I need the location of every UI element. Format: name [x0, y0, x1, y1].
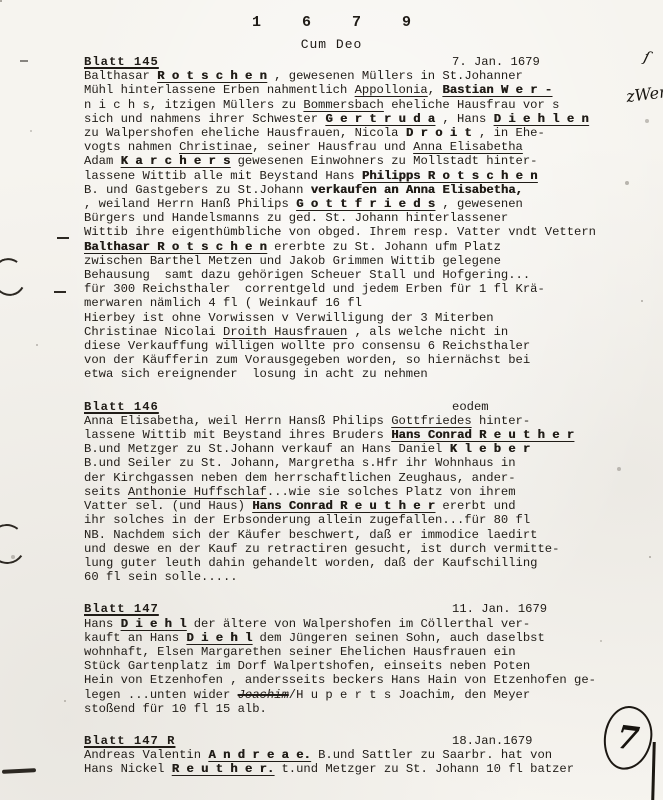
section-heading-row: Blatt 147 R18.Jan.1679 — [84, 734, 650, 748]
body-text: B.und Metzger zu St.Johann verkauf an Ha… — [84, 442, 450, 456]
body-text: t.und Metzger zu St. Johann 10 fl batzer — [274, 762, 574, 776]
text-line: , weiland Herrn Hanß Philips G o t t f r… — [84, 197, 650, 211]
text-line: lassene Wittib alle mit Beystand Hans Ph… — [84, 169, 650, 183]
emphasized-name-text: Droith Hausfrauen — [223, 325, 347, 339]
body-text: der ältere von Walpershofen im Cöllertha… — [186, 617, 530, 631]
body-text: B. und Gastgebers zu St.Johann — [84, 183, 311, 197]
text-line: und deswe en der Kauf zu retractiren ges… — [84, 542, 650, 556]
text-line: seits Anthonie Huffschlaf...wie sie solc… — [84, 485, 650, 499]
emphasized-name-text: Appollonia — [355, 83, 428, 97]
body-text: diese Verkauffung willigen wollte pro co… — [84, 339, 530, 353]
body-text: /H u p e r t s Joachim, den Meyer — [289, 688, 530, 702]
text-line: Vatter sel. (und Haus) Hans Conrad R e u… — [84, 499, 650, 513]
section-date: eodem — [452, 400, 489, 414]
emphasized-name-text: D i e h l — [186, 631, 252, 645]
body-text: Hierbey ist ohne Vorwissen v Verwilligun… — [84, 311, 494, 325]
pen-stroke-right-edge — [651, 742, 656, 800]
body-text: hinter- — [472, 414, 531, 428]
margin-circle-mark — [0, 255, 30, 299]
emphasized-name-text: Gottfriedes — [391, 414, 471, 428]
body-text: , gewesenen Müllers in St.Johanner — [267, 69, 523, 83]
body-text: Bürgers und Handelsmanns zu ged. St. Joh… — [84, 211, 508, 225]
text-line: diese Verkauffung willigen wollte pro co… — [84, 339, 650, 353]
body-text: Adam — [84, 154, 121, 168]
body-text: merwaren nämlich 4 fl ( Weinkauf 16 fl — [84, 296, 362, 310]
section-date: 11. Jan. 1679 — [452, 602, 547, 616]
body-text: ererbt und — [435, 499, 515, 513]
emphasized-name-text: D r o i t — [406, 126, 472, 140]
body-text: , — [428, 83, 443, 97]
body-text: dem Jüngeren seinen Sohn, auch daselbst — [252, 631, 545, 645]
text-line: Anna Elisabetha, weil Herrn Hansß Philip… — [84, 414, 650, 428]
body-text: eheliche Hausfrau vor s — [384, 98, 560, 112]
text-line: sich und nahmens ihrer Schwester G e r t… — [84, 112, 650, 126]
text-line: Balthasar R o t s c h e n , gewesenen Mü… — [84, 69, 650, 83]
motto-text: Cum Deo — [0, 37, 663, 52]
body-text: n i c h s, itzigen Müllers zu — [84, 98, 303, 112]
body-text: , als welche nicht in — [347, 325, 508, 339]
text-line: n i c h s, itzigen Müllers zu Bommersbac… — [84, 98, 650, 112]
text-line: stoßend für 10 fl 15 alb. — [84, 702, 650, 716]
text-line: Mühl hinterlassene Erben nahmentlich App… — [84, 83, 650, 97]
text-line: Hans D i e h l der ältere von Walpershof… — [84, 617, 650, 631]
section-blatt-145: Blatt 1457. Jan. 1679Balthasar R o t s c… — [84, 55, 650, 382]
emphasized-name-text: Hans Conrad R e u t h e r — [252, 499, 435, 513]
section-heading-row: Blatt 146eodem — [84, 400, 650, 414]
section-heading: Blatt 146 — [84, 400, 159, 414]
body-text: legen ...unten wider — [84, 688, 238, 702]
body-text: und deswe en der Kauf zu retractiren ges… — [84, 542, 559, 556]
emphasized-name-text: K a r c h e r s — [121, 154, 231, 168]
section-blatt-147: Blatt 14711. Jan. 1679Hans D i e h l der… — [84, 602, 650, 716]
text-line: lassene Wittib mit Beystand ihres Bruder… — [84, 428, 650, 442]
emphasized-name-text: D i e h l — [121, 617, 187, 631]
text-line: von der Käufferin zum Vorausgegeben word… — [84, 353, 650, 367]
body-text: Hein von Etzenhofen , andersseits becker… — [84, 673, 596, 687]
text-line: etwa sich ereignender losung in acht zu … — [84, 367, 650, 381]
body-text: Stück Gartenplatz im Dorf Walpertshofen,… — [84, 659, 530, 673]
margin-circle-mark — [0, 522, 29, 567]
body-text: für 300 Reichsthaler correntgeld und jed… — [84, 282, 545, 296]
body-text: der Kirchgassen neben dem herrschaftlich… — [84, 471, 516, 485]
document-sections: Blatt 1457. Jan. 1679Balthasar R o t s c… — [84, 55, 650, 777]
section-date: 7. Jan. 1679 — [452, 55, 540, 69]
body-text: wohnhaft, Elsen Margarethen seiner Eheli… — [84, 645, 516, 659]
text-line: Andreas Valentin A n d r e a e. B.und Sa… — [84, 748, 650, 762]
text-line: Hierbey ist ohne Vorwissen v Verwilligun… — [84, 311, 650, 325]
text-line: vogts nahmen Christinae, seiner Hausfrau… — [84, 140, 650, 154]
text-line: Wittib ihre eigenthümbliche von obged. I… — [84, 225, 650, 239]
body-text: vogts nahmen — [84, 140, 179, 154]
body-text: etwa sich ereignender losung in acht zu … — [84, 367, 428, 381]
body-text: ererbte zu St. Johann ufm Platz — [267, 240, 501, 254]
body-text: NB. Nachdem sich der Käufer beschwert, d… — [84, 528, 537, 542]
body-text: Vatter sel. (und Haus) — [84, 499, 252, 513]
body-text: , Hans — [435, 112, 494, 126]
scanned-document-page: 1 6 7 9 Cum Deo Blatt 1457. Jan. 1679Bal… — [0, 0, 663, 800]
text-line: Stück Gartenplatz im Dorf Walpertshofen,… — [84, 659, 650, 673]
body-text: lassene Wittib alle mit Beystand Hans — [84, 169, 362, 183]
body-text: Hans — [84, 617, 121, 631]
emphasized-name-text: G o t t f r i e d s — [296, 197, 435, 211]
body-text: sich und nahmens ihrer Schwester — [84, 112, 325, 126]
body-text: Wittib ihre eigenthümbliche von obged. I… — [84, 225, 596, 239]
text-line: B. und Gastgebers zu St.Johann verkaufen… — [84, 183, 650, 197]
emphasized-name-text: G e r t r u d a — [325, 112, 435, 126]
body-text: zu Walpershofen eheliche Hausfrauen, Nic… — [84, 126, 406, 140]
body-text: Balthasar — [84, 69, 157, 83]
text-line: B.und Seiler zu St. Johann, Margretha s.… — [84, 456, 650, 470]
body-text: Hans Nickel — [84, 762, 172, 776]
body-text: kauft an Hans — [84, 631, 186, 645]
section-blatt-147-r: Blatt 147 R18.Jan.1679Andreas Valentin A… — [84, 734, 650, 777]
emphasized-name-text: Hans Conrad R e u t h e r — [391, 428, 574, 442]
body-text: Behausung samt dazu gehörigen Scheuer St… — [84, 268, 530, 282]
emphasized-name-text: Bastian W e r - — [442, 83, 552, 97]
text-line: lung guter leuth dahin gehandelt worden,… — [84, 556, 650, 570]
text-line: zu Walpershofen eheliche Hausfrauen, Nic… — [84, 126, 650, 140]
body-text: Anna Elisabetha, weil Herrn Hansß Philip… — [84, 414, 391, 428]
section-heading-row: Blatt 1457. Jan. 1679 — [84, 55, 650, 69]
emphasized-name-text: K l e b e r — [450, 442, 530, 456]
emphasized-name-text: R o t s c h e n — [157, 69, 267, 83]
text-line: zwischen Barthel Metzen und Jakob Grimme… — [84, 254, 650, 268]
emphasized-name-text: Christinae — [179, 140, 252, 154]
text-line: B.und Metzger zu St.Johann verkauf an Ha… — [84, 442, 650, 456]
text-line: NB. Nachdem sich der Käufer beschwert, d… — [84, 528, 650, 542]
year-header: 1 6 7 9 — [0, 14, 663, 31]
body-text: B.und Seiler zu St. Johann, Margretha s.… — [84, 456, 516, 470]
margin-dash-mark — [54, 291, 66, 293]
text-line: Hans Nickel R e u t h e r. t.und Metzger… — [84, 762, 650, 776]
body-text: von der Käufferin zum Vorausgegeben word… — [84, 353, 530, 367]
body-text: , weiland Herrn Hanß Philips — [84, 197, 296, 211]
section-heading: Blatt 147 R — [84, 734, 175, 748]
body-text: , in Ehe- — [472, 126, 545, 140]
body-text: gewesenen Einwohners zu Mollstadt hinter… — [230, 154, 537, 168]
body-text: stoßend für 10 fl 15 alb. — [84, 702, 267, 716]
margin-dash-mark — [57, 237, 69, 239]
body-text: Andreas Valentin — [84, 748, 208, 762]
emphasized-name-text: Bommersbach — [303, 98, 383, 112]
margin-dash-mark — [2, 768, 36, 774]
margin-dash-mark — [20, 60, 28, 62]
emphasized-name-text: R e u t h e r. — [172, 762, 274, 776]
text-line: für 300 Reichsthaler correntgeld und jed… — [84, 282, 650, 296]
body-text: B.und Sattler zu Saarbr. hat von — [311, 748, 552, 762]
section-blatt-146: Blatt 146eodemAnna Elisabetha, weil Herr… — [84, 400, 650, 585]
body-text: ihr solches in der Erbsonderung allein z… — [84, 513, 530, 527]
emphasized-name-text: Philipps R o t s c h e n — [362, 169, 538, 183]
text-line: Balthasar R o t s c h e n ererbte zu St.… — [84, 240, 650, 254]
text-line: Adam K a r c h e r s gewesenen Einwohner… — [84, 154, 650, 168]
text-line: Bürgers und Handelsmanns zu ged. St. Joh… — [84, 211, 650, 225]
body-text: ...wie sie solches Platz von ihrem — [267, 485, 516, 499]
text-line: wohnhaft, Elsen Margarethen seiner Eheli… — [84, 645, 650, 659]
body-text: seits — [84, 485, 128, 499]
text-line: legen ...unten wider Joachim/H u p e r t… — [84, 688, 650, 702]
section-heading: Blatt 147 — [84, 602, 159, 616]
text-line: 60 fl sein solle..... — [84, 570, 650, 584]
text-line: Christinae Nicolai Droith Hausfrauen , a… — [84, 325, 650, 339]
emphasized-name-text: verkaufen an Anna Elisabetha, — [311, 183, 523, 197]
section-heading: Blatt 145 — [84, 55, 159, 69]
emphasized-name-text: Balthasar R o t s c h e n — [84, 240, 267, 254]
body-text: , seiner Hausfrau und — [252, 140, 413, 154]
emphasized-name-text: Anthonie Huffschlaf — [128, 485, 267, 499]
emphasized-name-text: Anna Elisabetha — [413, 140, 523, 154]
text-line: der Kirchgassen neben dem herrschaftlich… — [84, 471, 650, 485]
emphasized-name-text: A n d r e a e. — [208, 748, 310, 762]
body-text: lung guter leuth dahin gehandelt worden,… — [84, 556, 537, 570]
struck-text: Joachim — [238, 688, 289, 702]
emphasized-name-text: D i e h l e n — [494, 112, 589, 126]
body-text: , gewesenen — [435, 197, 523, 211]
section-heading-row: Blatt 14711. Jan. 1679 — [84, 602, 650, 616]
section-date: 18.Jan.1679 — [452, 734, 532, 748]
body-text: zwischen Barthel Metzen und Jakob Grimme… — [84, 254, 501, 268]
text-line: Behausung samt dazu gehörigen Scheuer St… — [84, 268, 650, 282]
body-text: 60 fl sein solle..... — [84, 570, 238, 584]
text-line: kauft an Hans D i e h l dem Jüngeren sei… — [84, 631, 650, 645]
text-line: ihr solches in der Erbsonderung allein z… — [84, 513, 650, 527]
body-text: Mühl hinterlassene Erben nahmentlich — [84, 83, 355, 97]
paper-specks — [0, 0, 2, 2]
body-text: Christinae Nicolai — [84, 325, 223, 339]
body-text: lassene Wittib mit Beystand ihres Bruder… — [84, 428, 391, 442]
text-line: Hein von Etzenhofen , andersseits becker… — [84, 673, 650, 687]
text-line: merwaren nämlich 4 fl ( Weinkauf 16 fl — [84, 296, 650, 310]
